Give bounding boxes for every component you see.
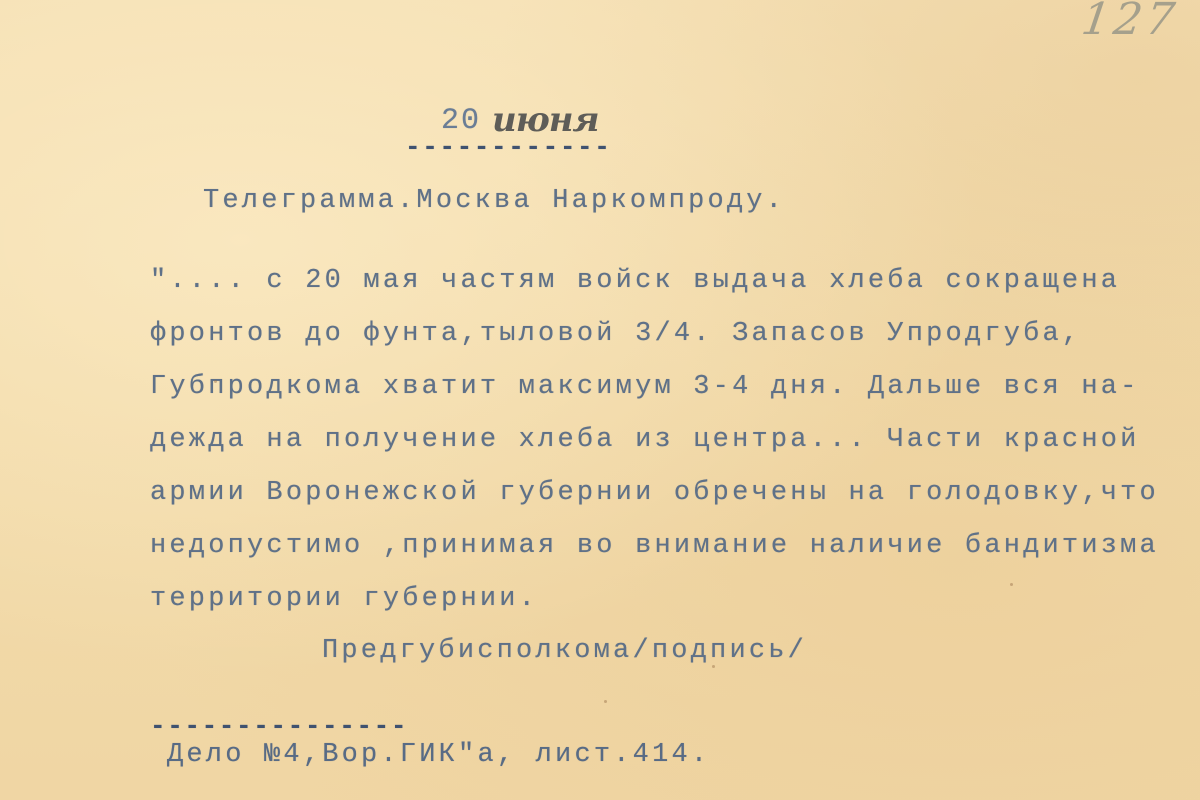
paper-speck: [1010, 583, 1013, 586]
paper-speck: [712, 665, 715, 668]
body-line: территории губернии.: [150, 584, 538, 614]
archival-document-page: 127 20 июня ------------ Телеграмма.Моск…: [0, 0, 1200, 800]
body-line: армии Воронежской губернии обречены на г…: [150, 478, 1159, 508]
body-line: фронтов до фунта,тыловой 3/4. Запасов Уп…: [150, 319, 1081, 349]
body-line: ".... с 20 мая частям войск выдача хлеба…: [150, 266, 1120, 296]
paper-speck: [214, 380, 217, 383]
date-underline: ------------: [405, 132, 611, 162]
archive-reference: Дело №4,Вор.ГИК"а, лист.414.: [167, 740, 710, 770]
body-line: недопустимо ,принимая во внимание наличи…: [150, 531, 1159, 561]
signature-line: Предгубисполкома/подпись/: [322, 636, 807, 666]
body-line: Губпродкома хватит максимум 3-4 дня. Дал…: [150, 372, 1140, 402]
paper-speck: [604, 700, 607, 703]
body-line: дежда на получение хлеба из центра... Ча…: [150, 425, 1140, 455]
telegram-title: Телеграмма.Москва Наркомпроду.: [203, 186, 785, 216]
archive-page-number: 127: [1078, 0, 1181, 45]
separator-line: ---------------: [150, 711, 408, 741]
